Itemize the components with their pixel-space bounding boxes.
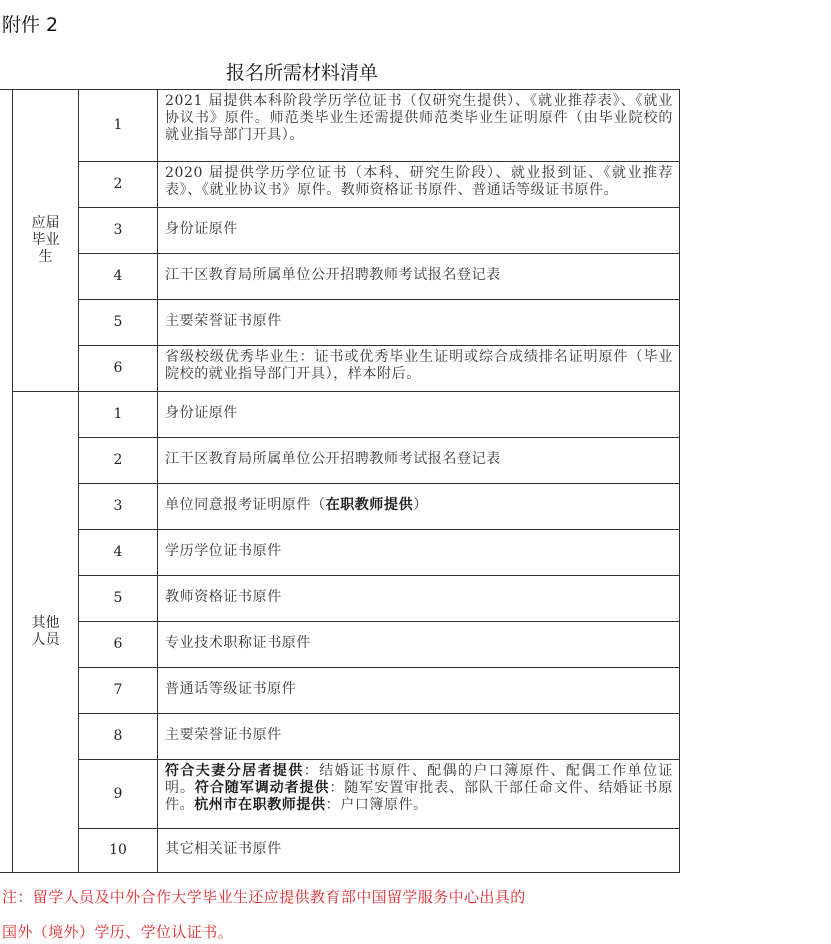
item-number: 2 [79, 438, 158, 484]
table-row: 7 普通话等级证书原件 [0, 668, 680, 714]
item-description: 教师资格证书原件 [158, 576, 680, 622]
table-row: 10 其它相关证书原件 [0, 829, 680, 873]
item-description: 其它相关证书原件 [158, 829, 680, 873]
description-bold-text: 符合随军调动者提供 [195, 780, 330, 796]
table-row: 6 省级校级优秀毕业生：证书或优秀毕业生证明或综合成绩排名证明原件（毕业院校的就… [0, 346, 680, 392]
item-number: 2 [79, 162, 158, 208]
group-label-line: 生 [13, 249, 78, 266]
group-label-line: 人员 [13, 632, 78, 649]
item-description: 单位同意报考证明原件（在职教师提供） [158, 484, 680, 530]
table-row: 2 2020 届提供学历学位证书（本科、研究生阶段）、就业报到证、《就业推荐表》… [0, 162, 680, 208]
table-row: 9 符合夫妻分居者提供：结婚证书原件、配偶的户口簿原件、配偶工作单位证明。符合随… [0, 760, 680, 829]
left-edge-column [0, 90, 13, 873]
note-line: 国外（境外）学历、学位认证书。 [2, 915, 642, 944]
table-row: 8 主要荣誉证书原件 [0, 714, 680, 760]
item-number: 3 [79, 484, 158, 530]
description-text: ） [413, 497, 428, 513]
table-row: 应届 毕业 生 1 2021 届提供本科阶段学历学位证书（仅研究生提供）、《就业… [0, 90, 680, 162]
group-label-others: 其他 人员 [13, 392, 79, 873]
note-text: 注：留学人员及中外合作大学毕业生还应提供教育部中国留学服务中心出具的 国外（境外… [2, 880, 642, 944]
table-row: 4 江干区教育局所属单位公开招聘教师考试报名登记表 [0, 254, 680, 300]
item-description: 主要荣誉证书原件 [158, 300, 680, 346]
item-number: 10 [79, 829, 158, 873]
item-number: 6 [79, 346, 158, 392]
item-description: 专业技术职称证书原件 [158, 622, 680, 668]
item-description: 省级校级优秀毕业生：证书或优秀毕业生证明或综合成绩排名证明原件（毕业院校的就业指… [158, 346, 680, 392]
description-text: ：户口簿原件。 [326, 797, 428, 813]
description-bold-text: 杭州市在职教师提供 [194, 797, 325, 813]
item-number: 4 [79, 530, 158, 576]
item-number: 7 [79, 668, 158, 714]
item-description: 身份证原件 [158, 392, 680, 438]
table-row: 5 主要荣誉证书原件 [0, 300, 680, 346]
item-description: 主要荣誉证书原件 [158, 714, 680, 760]
item-number: 3 [79, 208, 158, 254]
item-description: 普通话等级证书原件 [158, 668, 680, 714]
description-text: 单位同意报考证明原件（ [165, 497, 326, 513]
group-label-graduates: 应届 毕业 生 [13, 90, 79, 392]
group-label-line: 毕业 [13, 232, 78, 249]
description-bold-text: 在职教师提供 [326, 497, 414, 513]
item-number: 5 [79, 576, 158, 622]
materials-table: 应届 毕业 生 1 2021 届提供本科阶段学历学位证书（仅研究生提供）、《就业… [0, 89, 680, 873]
note-line: 注：留学人员及中外合作大学毕业生还应提供教育部中国留学服务中心出具的 [2, 880, 642, 915]
item-number: 1 [79, 90, 158, 162]
table-row: 4 学历学位证书原件 [0, 530, 680, 576]
attachment-label: 附件 2 [2, 10, 58, 37]
item-description: 符合夫妻分居者提供：结婚证书原件、配偶的户口簿原件、配偶工作单位证明。符合随军调… [158, 760, 680, 829]
item-number: 9 [79, 760, 158, 829]
item-number: 5 [79, 300, 158, 346]
item-description: 2020 届提供学历学位证书（本科、研究生阶段）、就业报到证、《就业推荐表》、《… [158, 162, 680, 208]
item-description: 学历学位证书原件 [158, 530, 680, 576]
table-row: 其他 人员 1 身份证原件 [0, 392, 680, 438]
item-number: 6 [79, 622, 158, 668]
group-label-line: 应届 [13, 215, 78, 232]
item-number: 4 [79, 254, 158, 300]
group-label-line: 其他 [13, 615, 78, 632]
item-number: 8 [79, 714, 158, 760]
table-row: 2 江干区教育局所属单位公开招聘教师考试报名登记表 [0, 438, 680, 484]
description-bold-text: 符合夫妻分居者提供 [165, 763, 304, 779]
item-description: 2021 届提供本科阶段学历学位证书（仅研究生提供）、《就业推荐表》、《就业协议… [158, 90, 680, 162]
item-description: 身份证原件 [158, 208, 680, 254]
table-row: 3 单位同意报考证明原件（在职教师提供） [0, 484, 680, 530]
item-description: 江干区教育局所属单位公开招聘教师考试报名登记表 [158, 438, 680, 484]
table-row: 6 专业技术职称证书原件 [0, 622, 680, 668]
item-description: 江干区教育局所属单位公开招聘教师考试报名登记表 [158, 254, 680, 300]
item-number: 1 [79, 392, 158, 438]
page-title: 报名所需材料清单 [0, 58, 604, 85]
table-row: 3 身份证原件 [0, 208, 680, 254]
table-row: 5 教师资格证书原件 [0, 576, 680, 622]
